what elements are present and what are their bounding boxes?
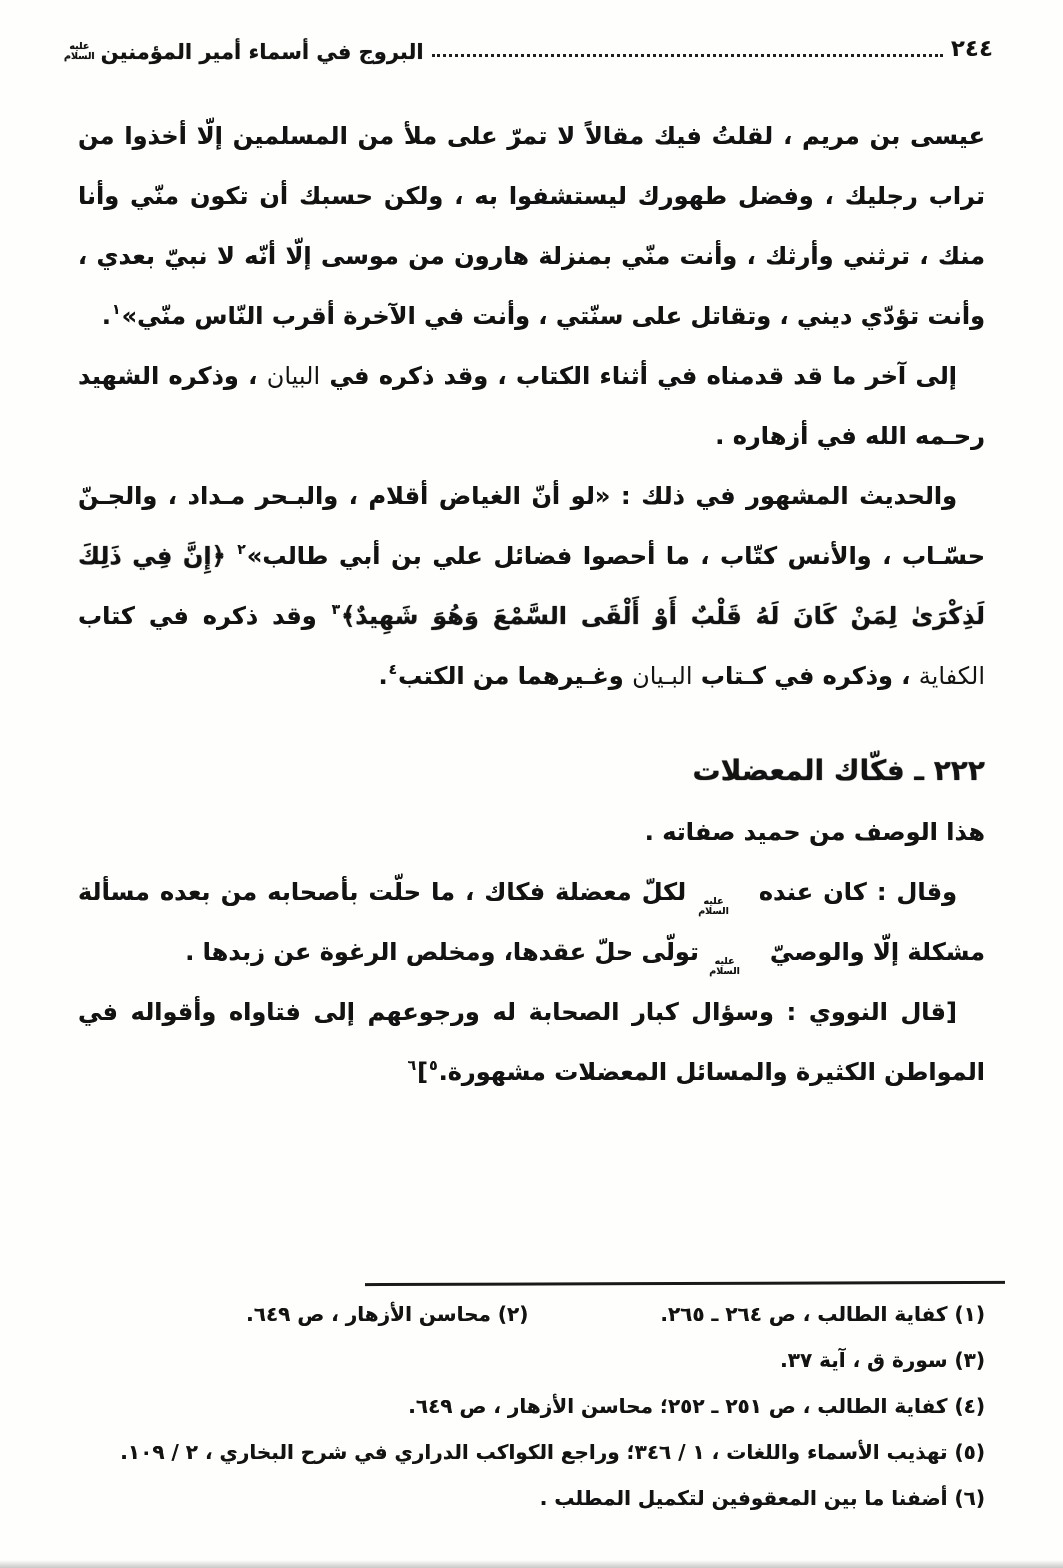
section-heading: ٢٢٢ ـ فكّاك المعضلات <box>78 740 985 802</box>
page-number: ٢٤٤ <box>951 36 993 62</box>
footnote-ref-2: ٢ <box>237 542 246 558</box>
paragraph-text: عيسى بن مريم ، لقلتُ فيك مقالاً لا تمرّ … <box>78 122 985 330</box>
paragraph-text: إلى آخر ما قد قدمناه في أثناء الكتاب ، و… <box>320 362 957 390</box>
paragraph-text: وغـيرهما من الكتب <box>398 662 632 690</box>
footnote-ref-1: ١ <box>112 302 121 318</box>
paragraph-text: تولّى حلّ عقدها، ومخلص الرغوة عن زبدها . <box>185 938 707 966</box>
footnote-separator <box>365 1281 1005 1286</box>
page-body: عيسى بن مريم ، لقلتُ فيك مقالاً لا تمرّ … <box>78 106 985 1102</box>
footnotes-section: (١) كفاية الطالب ، ص ٢٦٤ ـ ٢٦٥. (٢) محاس… <box>60 1282 985 1521</box>
paragraph-text: [قال النووي : وسؤال كبار الصحابة له ورجو… <box>78 998 985 1086</box>
alayhi-salam-honorific-icon: عليهالسلام <box>64 42 95 62</box>
dotted-leader <box>432 54 943 57</box>
book-title-reference: البيان <box>267 362 320 390</box>
footnote-3: (٣) سورة ق ، آية ٣٧. <box>60 1337 985 1383</box>
paragraph-text: ، وذكره في كـتاب <box>693 662 919 690</box>
footnote-2: (٢) محاسن الأزهار ، ص ٦٤٩. <box>246 1291 528 1337</box>
footnote-ref-4: ٤ <box>389 662 398 678</box>
footnote-ref-6: ٦ <box>408 1058 417 1074</box>
running-title: البروج في أسماء أمير المؤمنينعليهالسلام <box>62 40 424 64</box>
paragraph-text: هذا الوصف من حميد صفاته . <box>645 818 985 846</box>
paragraph: وقال : كان عندهعليهالسلام لكلّ معضلة فكا… <box>78 862 985 982</box>
honorific-bottom-text: السلام <box>709 967 768 977</box>
alayhi-salam-honorific-icon: عليهالسلام <box>709 957 768 977</box>
paragraph: هذا الوصف من حميد صفاته . <box>78 802 985 862</box>
alayhi-salam-honorific-icon: عليهالسلام <box>698 897 757 917</box>
page-header: ٢٤٤ البروج في أسماء أمير المؤمنينعليهالس… <box>62 38 993 64</box>
footnote-1: (١) كفاية الطالب ، ص ٢٦٤ ـ ٢٦٥. <box>660 1291 985 1337</box>
book-page: ٢٤٤ البروج في أسماء أمير المؤمنينعليهالس… <box>0 0 1063 1568</box>
paragraph-text: وقال : كان عنده <box>759 878 957 906</box>
footnote-4: (٤) كفاية الطالب ، ص ٢٥١ ـ ٢٥٢؛ محاسن ال… <box>60 1383 985 1429</box>
paragraph: [قال النووي : وسؤال كبار الصحابة له ورجو… <box>78 982 985 1102</box>
book-title-reference: الكفاية <box>919 662 985 690</box>
running-title-text: البروج في أسماء أمير المؤمنين <box>101 40 424 64</box>
footnote-ref-5: ٥ <box>429 1058 438 1074</box>
footnote-5: (٥) تهذيب الأسماء واللغات ، ١ / ٣٤٦؛ ورا… <box>60 1429 985 1475</box>
paragraph-continuation: عيسى بن مريم ، لقلتُ فيك مقالاً لا تمرّ … <box>78 106 985 346</box>
honorific-bottom-text: السلام <box>64 52 95 62</box>
honorific-bottom-text: السلام <box>698 907 757 917</box>
footnote-ref-3: ٣ <box>332 602 341 618</box>
closing-bracket: ] <box>417 1058 428 1086</box>
paragraph-text: وقد ذكره في كتاب <box>78 602 331 630</box>
footnote-6: (٦) أضفنا ما بين المعقوفين لتكميل المطلب… <box>60 1475 985 1521</box>
paragraph-text: . <box>378 662 387 690</box>
footnote-row: (١) كفاية الطالب ، ص ٢٦٤ ـ ٢٦٥. (٢) محاس… <box>60 1291 985 1337</box>
paragraph: إلى آخر ما قد قدمناه في أثناء الكتاب ، و… <box>78 346 985 466</box>
paragraph: والحديث المشهور في ذلك : «لو أنّ الغياض … <box>78 466 985 706</box>
paragraph-text: . <box>102 302 111 330</box>
book-title-reference: البـيان <box>632 662 692 690</box>
